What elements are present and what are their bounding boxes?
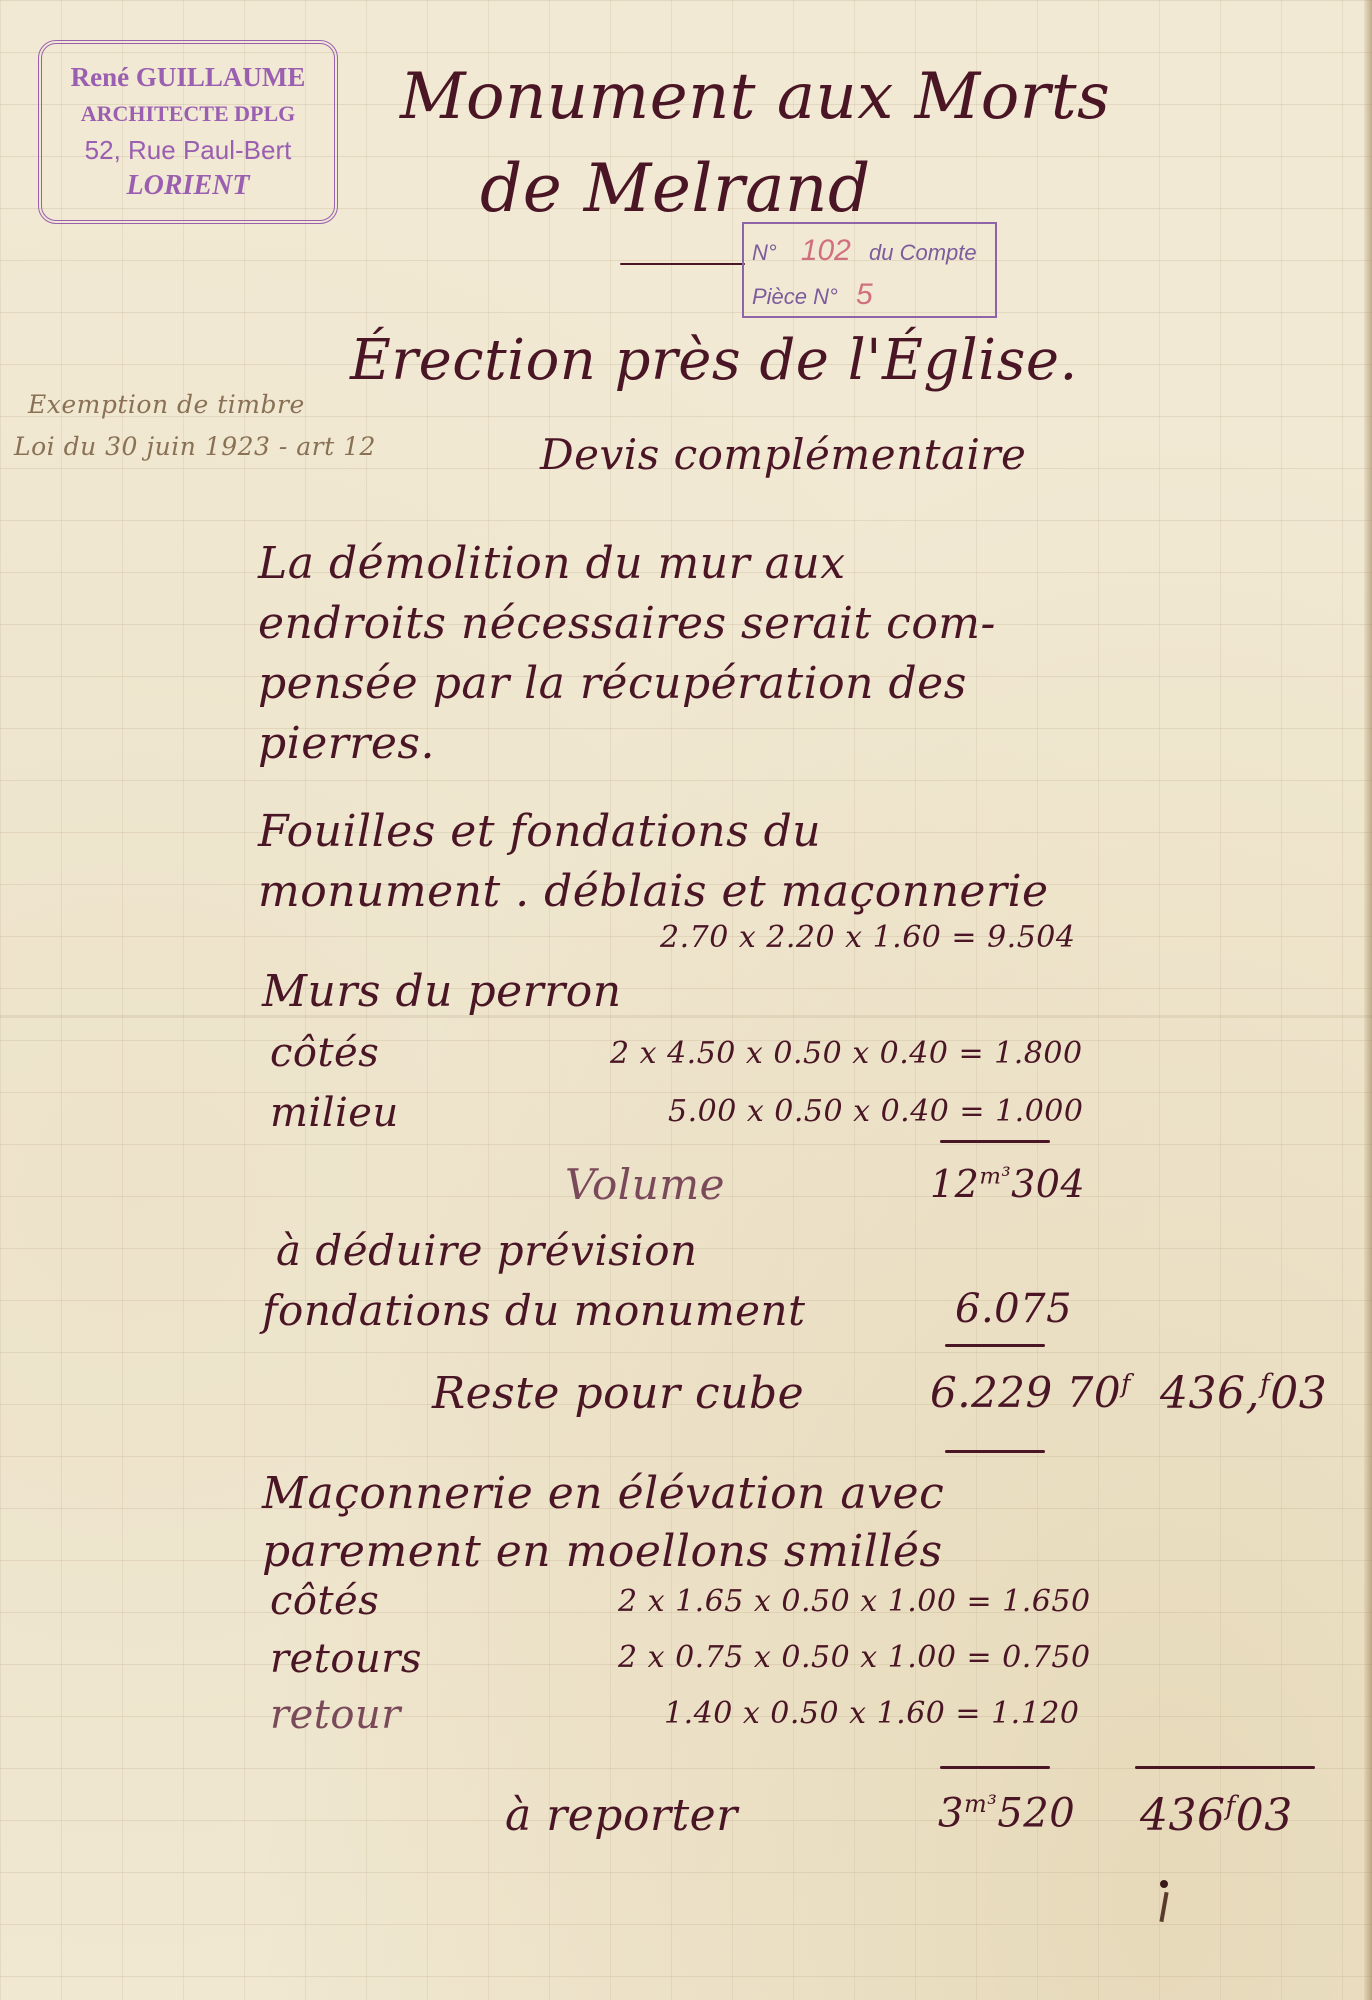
piece-value: 5: [856, 278, 873, 311]
architect-stamp: René GUILLAUME ARCHITECTE DPLG 52, Rue P…: [38, 40, 338, 224]
maconnerie-line-1: Maçonnerie en élévation avec: [262, 1468, 944, 1519]
paragraph-line-4: pierres.: [258, 718, 435, 769]
reste-rate-unit: f: [1121, 1369, 1131, 1398]
subtitle: Érection près de l'Église.: [350, 328, 1078, 393]
margin-note-line-1: Exemption de timbre: [28, 390, 305, 419]
paper-edge: [1364, 0, 1372, 2000]
reste-value: 6.229 70f: [930, 1368, 1131, 1417]
maconnerie-row-3-calc: 1.40 x 0.50 x 1.60 = 1.120: [664, 1696, 1079, 1731]
carry-unit: m³: [964, 1790, 997, 1818]
carry-value: 3m³520: [938, 1790, 1075, 1836]
reste-sum-line: [945, 1344, 1045, 1347]
piece-label: Pièce N°: [752, 284, 838, 309]
ink-dot: [1160, 1880, 1168, 1888]
perron-heading: Murs du perron: [262, 966, 622, 1017]
account-label: du Compte: [869, 240, 977, 265]
architect-name: René GUILLAUME: [42, 58, 334, 96]
carry-total-unit: f: [1225, 1790, 1235, 1821]
volume-unit: m³: [979, 1163, 1011, 1189]
maconnerie-row-1-calc: 2 x 1.65 x 0.50 x 1.00 = 1.650: [618, 1584, 1091, 1619]
reste-total-unit: f: [1260, 1368, 1270, 1399]
maconnerie-row-2-calc: 2 x 0.75 x 0.50 x 1.00 = 0.750: [618, 1640, 1091, 1675]
reste-label: Reste pour cube: [432, 1368, 804, 1419]
carry-integer: 3: [938, 1790, 964, 1836]
maconnerie-row-3-label: retour: [270, 1692, 401, 1738]
account-number-label: N°: [752, 240, 777, 265]
volume-decimals: 304: [1011, 1162, 1085, 1206]
architect-title: ARCHITECTE DPLG: [42, 96, 334, 132]
carry-total-line: [1135, 1766, 1315, 1769]
maconnerie-line-2: parement en moellons smillés: [262, 1526, 943, 1577]
volume-sum-line: [940, 1140, 1050, 1143]
architect-city: LORIENT: [42, 168, 334, 204]
account-stamp: N° 102 du Compte Pièce N° 5: [742, 222, 997, 318]
carry-volume-line: [940, 1766, 1050, 1769]
paper-fold: [0, 1015, 1372, 1018]
title-line-1: Monument aux Morts: [400, 60, 1110, 134]
carry-label: à reporter: [505, 1790, 738, 1841]
volume-value: 12m³304: [930, 1162, 1085, 1206]
perron-row-2-calc: 5.00 x 0.50 x 0.40 = 1.000: [668, 1094, 1083, 1129]
carry-total: 436f03: [1140, 1790, 1293, 1841]
maconnerie-top-line: [945, 1450, 1045, 1453]
maconnerie-row-2-label: retours: [270, 1636, 422, 1682]
reste-volume: 6.229: [930, 1368, 1053, 1417]
fouilles-line-2: monument . déblais et maçonnerie: [258, 866, 1049, 917]
architect-address: 52, Rue Paul-Bert: [42, 132, 334, 168]
carry-total-cents: 03: [1236, 1790, 1293, 1841]
deduction-line-2: fondations du monument: [262, 1286, 805, 1335]
title-line-2: de Melrand: [480, 150, 871, 227]
reste-total-amount: 436: [1160, 1368, 1245, 1419]
reste-rate: 70: [1067, 1368, 1121, 1417]
margin-note-line-2: Loi du 30 juin 1923 - art 12: [14, 432, 376, 461]
deduction-value: 6.075: [955, 1286, 1072, 1332]
perron-row-1-label: côtés: [270, 1030, 379, 1076]
reste-total: 436,f03: [1160, 1368, 1327, 1419]
account-number-value: 102: [801, 234, 851, 267]
reste-total-cents: 03: [1270, 1368, 1327, 1419]
section-title: Devis complémentaire: [540, 430, 1026, 479]
volume-label: Volume: [565, 1160, 725, 1209]
paragraph-line-3: pensée par la récupération des: [258, 658, 967, 709]
carry-decimals: 520: [997, 1790, 1075, 1836]
perron-row-2-label: milieu: [270, 1090, 399, 1136]
carry-total-amount: 436: [1140, 1790, 1225, 1841]
volume-integer: 12: [930, 1162, 979, 1206]
fouilles-calc: 2.70 x 2.20 x 1.60 = 9.504: [660, 920, 1075, 955]
deduction-line-1: à déduire prévision: [276, 1226, 698, 1275]
title-flourish: [620, 263, 745, 265]
fouilles-line-1: Fouilles et fondations du: [258, 806, 821, 857]
paragraph-line-1: La démolition du mur aux: [258, 538, 846, 589]
maconnerie-row-1-label: côtés: [270, 1578, 379, 1624]
perron-row-1-calc: 2 x 4.50 x 0.50 x 0.40 = 1.800: [610, 1036, 1083, 1071]
paragraph-line-2: endroits nécessaires serait com-: [258, 598, 996, 649]
